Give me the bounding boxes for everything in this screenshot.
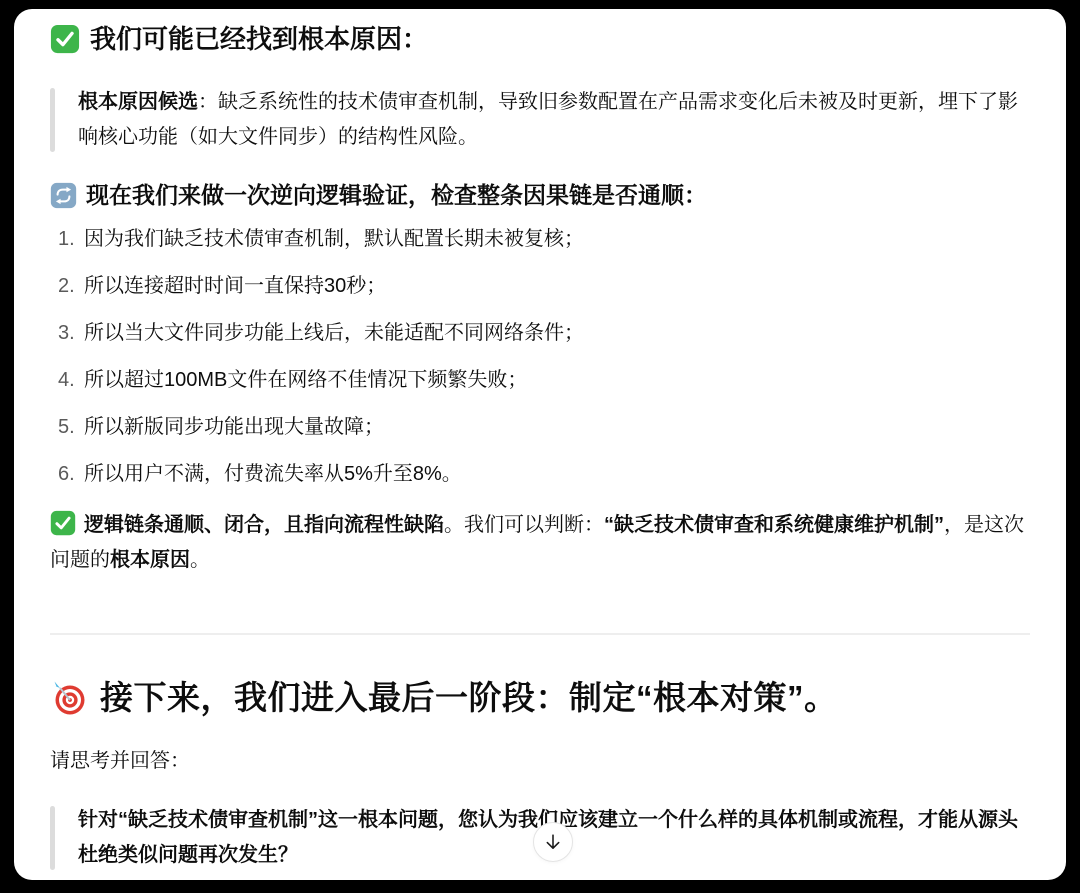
- list-number: 3.: [58, 319, 84, 347]
- scroll-to-bottom-button[interactable]: [533, 822, 573, 862]
- section-heading-verification: 现在我们来做一次逆向逻辑验证，检查整条因果链是否通顺：: [50, 179, 1030, 211]
- chat-message-panel: 我们可能已经找到根本原因： 根本原因候选：缺乏系统性的技术债审查机制，导致旧参数…: [14, 9, 1066, 880]
- list-item: 6. 所以用户不满，付费流失率从5%升至8%。: [50, 460, 1030, 488]
- conclusion-emphasis: 根本原因: [110, 549, 190, 571]
- repeat-icon: [50, 182, 77, 209]
- list-item-text: 所以用户不满，付费流失率从5%升至8%。: [84, 460, 462, 488]
- target-icon: [50, 679, 88, 717]
- check-icon: [50, 24, 80, 54]
- conclusion-quoted-mechanism: “缺乏技术债审查和系统健康维护机制”: [604, 514, 944, 536]
- conclusion-text: 。: [190, 549, 210, 571]
- list-number: 4.: [58, 366, 84, 394]
- root-cause-candidate-quote: 根本原因候选：缺乏系统性的技术债审查机制，导致旧参数配置在产品需求变化后未被及时…: [50, 85, 1030, 155]
- causal-chain-list: 1. 因为我们缺乏技术债审查机制，默认配置长期未被复核； 2. 所以连接超时时间…: [50, 225, 1030, 488]
- section-divider: [50, 633, 1030, 635]
- list-item-text: 所以连接超时时间一直保持30秒；: [84, 272, 386, 300]
- list-item-text: 所以当大文件同步功能上线后，未能适配不同网络条件；: [84, 319, 584, 347]
- list-item-text: 因为我们缺乏技术债审查机制，默认配置长期未被复核；: [84, 225, 584, 253]
- list-item-text: 所以超过100MB文件在网络不佳情况下频繁失败；: [84, 366, 527, 394]
- scroll-down-icon: [542, 831, 564, 853]
- list-item: 1. 因为我们缺乏技术债审查机制，默认配置长期未被复核；: [50, 225, 1030, 253]
- heading-text: 我们可能已经找到根本原因：: [90, 21, 428, 57]
- section-heading-root-cause-found: 我们可能已经找到根本原因：: [50, 21, 1030, 57]
- conclusion-paragraph: 逻辑链条通顺、闭合，且指向流程性缺陷。我们可以判断：“缺乏技术债审查和系统健康维…: [50, 508, 1030, 578]
- list-number: 5.: [58, 413, 84, 441]
- prompt-text: 请思考并回答：: [50, 747, 1030, 775]
- list-number: 6.: [58, 460, 84, 488]
- candidate-text: ：缺乏系统性的技术债审查机制，导致旧参数配置在产品需求变化后未被及时更新，埋下了…: [78, 91, 1018, 148]
- section-heading-next-phase: 接下来，我们进入最后一阶段：制定“根本对策”。: [50, 675, 1030, 721]
- list-item: 3. 所以当大文件同步功能上线后，未能适配不同网络条件；: [50, 319, 1030, 347]
- check-icon: [50, 510, 76, 536]
- list-item: 4. 所以超过100MB文件在网络不佳情况下频繁失败；: [50, 366, 1030, 394]
- conclusion-bold: 逻辑链条通顺、闭合，且指向流程性缺陷: [84, 514, 444, 536]
- heading-text: 现在我们来做一次逆向逻辑验证，检查整条因果链是否通顺：: [86, 179, 707, 211]
- list-item: 5. 所以新版同步功能出现大量故障；: [50, 413, 1030, 441]
- list-item-text: 所以新版同步功能出现大量故障；: [84, 413, 384, 441]
- conclusion-text: 。我们可以判断：: [444, 514, 604, 536]
- heading-text: 接下来，我们进入最后一阶段：制定“根本对策”。: [100, 675, 838, 721]
- list-item: 2. 所以连接超时时间一直保持30秒；: [50, 272, 1030, 300]
- list-number: 2.: [58, 272, 84, 300]
- list-number: 1.: [58, 225, 84, 253]
- message-content: 我们可能已经找到根本原因： 根本原因候选：缺乏系统性的技术债审查机制，导致旧参数…: [14, 9, 1066, 880]
- candidate-label: 根本原因候选: [78, 91, 198, 113]
